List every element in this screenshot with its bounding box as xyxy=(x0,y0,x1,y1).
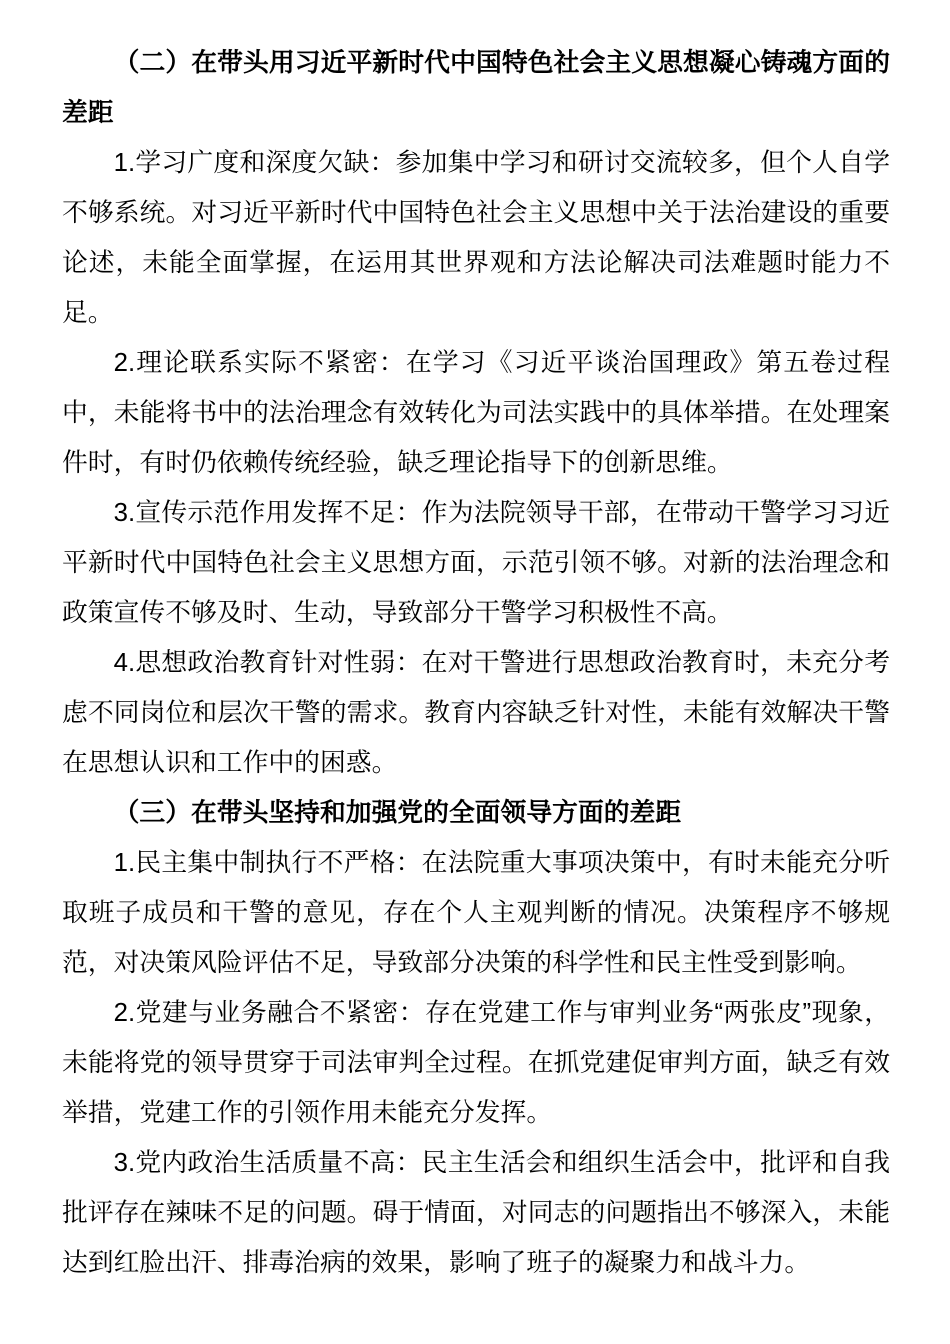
paragraph-theory-practice: 2.理论联系实际不紧密：在学习《习近平谈治国理政》第五卷过程中，未能将书中的法治… xyxy=(62,338,890,488)
paragraph-democratic-centralism: 1.民主集中制执行不严格：在法院重大事项决策中，有时未能充分听取班子成员和干警的… xyxy=(62,838,890,988)
section-heading-2: （二）在带头用习近平新时代中国特色社会主义思想凝心铸魂方面的差距 xyxy=(62,38,890,138)
document-body: （二）在带头用习近平新时代中国特色社会主义思想凝心铸魂方面的差距 1.学习广度和… xyxy=(62,38,890,1288)
document-page: （二）在带头用习近平新时代中国特色社会主义思想凝心铸魂方面的差距 1.学习广度和… xyxy=(0,0,950,1344)
paragraph-party-building: 2.党建与业务融合不紧密：存在党建工作与审判业务“两张皮”现象，未能将党的领导贯… xyxy=(62,988,890,1138)
paragraph-study-breadth: 1.学习广度和深度欠缺：参加集中学习和研讨交流较多，但个人自学不够系统。对习近平… xyxy=(62,138,890,338)
paragraph-ideological-education: 4.思想政治教育针对性弱：在对干警进行思想政治教育时，未充分考虑不同岗位和层次干… xyxy=(62,638,890,788)
paragraph-demonstration-role: 3.宣传示范作用发挥不足：作为法院领导干部，在带动干警学习习近平新时代中国特色社… xyxy=(62,488,890,638)
section-heading-3: （三）在带头坚持和加强党的全面领导方面的差距 xyxy=(62,788,890,838)
paragraph-political-life-quality: 3.党内政治生活质量不高：民主生活会和组织生活会中，批评和自我批评存在辣味不足的… xyxy=(62,1138,890,1288)
